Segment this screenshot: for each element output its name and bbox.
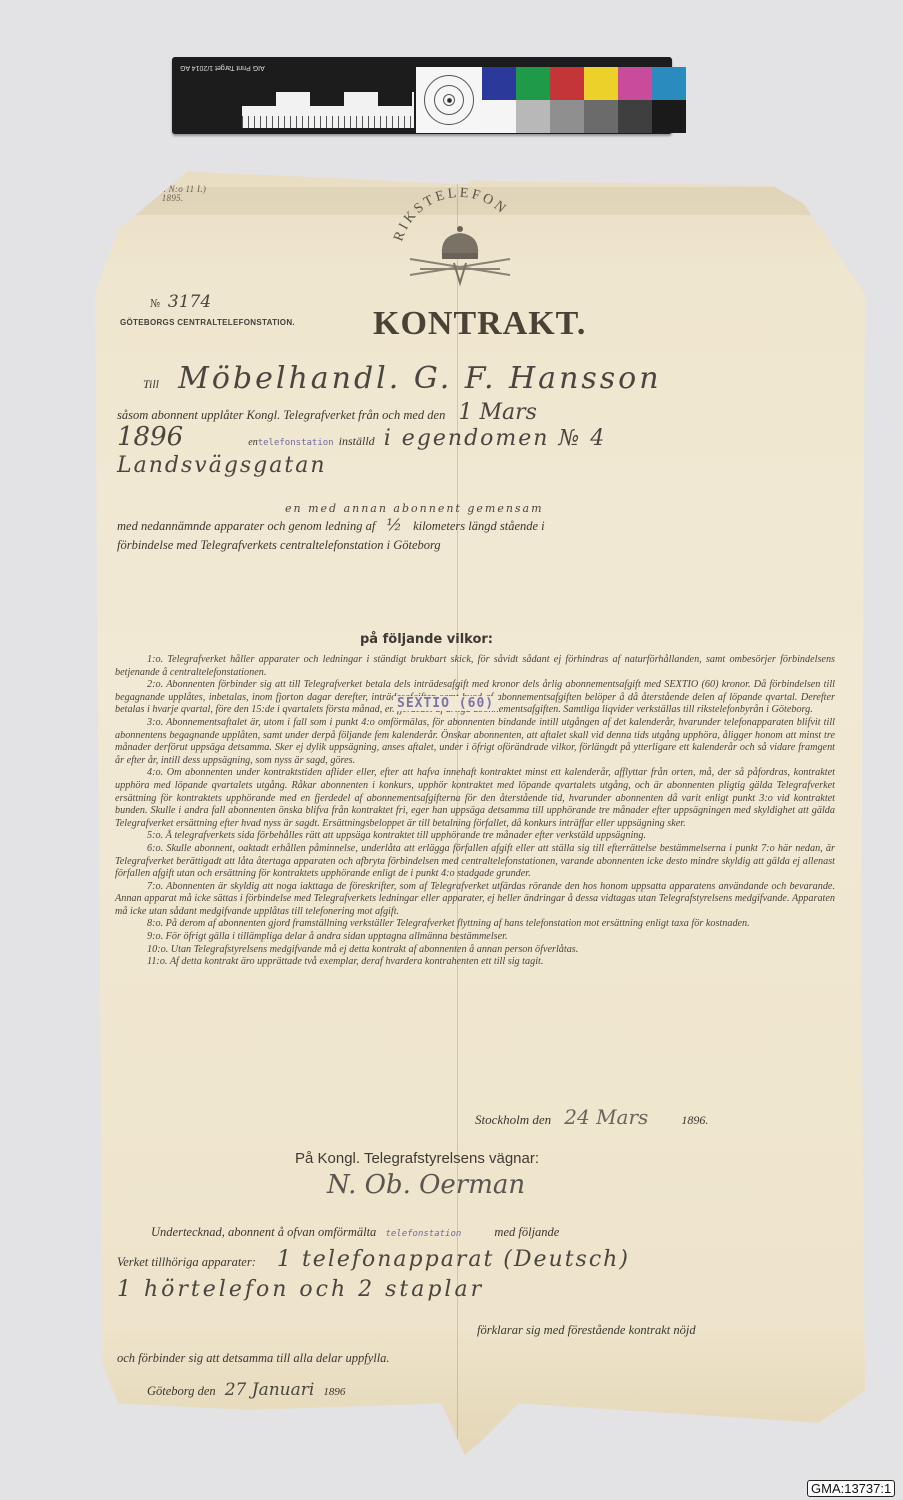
apparatus-list-line: Verket tillhöriga apparater: 1 telefonap… [117,1247,857,1272]
rikstelefon-emblem: RIKSTELEFON [380,187,540,297]
connection-line: förbindelse med Telegrafverkets centralt… [117,538,441,553]
undersigned-line: Undertecknad, abonnent å ofvan omförmält… [151,1225,851,1240]
swatch-cyan [652,67,686,100]
swatch-blue [482,67,516,100]
authority-line: På Kongl. Telegrafstyrelsens vägnar: [295,1150,539,1167]
apparatus-list-line-2: 1 hörtelefon och 2 staplar [117,1277,484,1302]
swatch-black [652,100,686,133]
station-line: 1896 entelefonstation inställd i egendom… [117,422,857,452]
subscriber-signature: Hanss [365,1405,422,1426]
swatch-darker-gray [618,100,652,133]
condition-11: 11:o. Af detta kontrakt äro upprättade t… [115,956,835,969]
svg-text:RIKSTELEFON: RIKSTELEFON [391,187,510,243]
condition-1: 1:o. Telegrafverket håller apparater och… [115,654,835,679]
swatch-white [482,100,516,133]
swatch-yellow [584,67,618,100]
swatch-dark-gray [584,100,618,133]
condition-4: 4:o. Om abonnenten under kontraktstiden … [115,767,835,830]
swatch-magenta [618,67,652,100]
swatch-red [550,67,584,100]
crown-emblem-icon: RIKSTELEFON [380,187,540,297]
conditions-heading: på följande vilkor: [360,632,493,647]
apparatus-line: med nedannämnde apparater och genom ledn… [117,515,857,534]
declares-line: förklarar sig med förestående kontrakt n… [477,1323,696,1338]
stockholm-date-line: Stockholm den 24 Mars 1896. [475,1105,708,1129]
condition-10: 10:o. Utan Telegrafstyrelsens medgifvand… [115,944,835,957]
recipient-line: Till Möbelhandl. G. F. Hansson [143,361,843,396]
contract-paper: (Form. N:o 11 I.)1895. RIKSTELEFON № 317… [95,165,865,1455]
swatch-light-gray [516,100,550,133]
target-label: AIG Print Target 1/2014 AG [180,63,265,71]
color-swatches [482,67,686,133]
subscriber-name: Möbelhandl. G. F. Hansson [178,361,661,396]
catalog-label: GMA:13737:1 [807,1480,895,1497]
condition-5: 5:o. Å telegrafverkets sida förbehålles … [115,830,835,843]
binds-line: och förbinder sig att detsamma till alla… [117,1351,390,1366]
scale-ruler [242,92,414,128]
document-title: KONTRAKT. [373,305,586,343]
contract-number: № 3174 [150,292,211,312]
swatch-mid-gray [550,100,584,133]
focus-target-icon [416,67,482,133]
swatch-green [516,67,550,100]
condition-7: 7:o. Abonnenten är skyldig att noga iakt… [115,881,835,919]
condition-8: 8:o. På derom af abonnenten gjord framst… [115,918,835,931]
shared-line-note: en med annan abonnent gemensam [285,502,544,515]
form-code: (Form. N:o 11 I.)1895. [139,185,206,203]
condition-3: 3:o. Abonnementsaftalet är, utom i fall … [115,717,835,767]
color-calibration-target: AIG Print Target 1/2014 AG [172,57,672,134]
condition-6: 6:o. Skulle abonnent, oaktadt erhållen p… [115,843,835,881]
goteborg-date-line: Göteborg den 27 Januari 1896 [147,1380,345,1400]
office-name: GÖTEBORGS CENTRALTELEFONSTATION. [120,318,295,327]
condition-9: 9:o. För öfrigt gälla i tillämpliga dela… [115,931,835,944]
fee-stamp: SEXTIO (60) [393,696,498,711]
authority-signature: N. Ob. Oerman [327,1170,525,1200]
street-name: Landsvägsgatan [117,453,327,478]
